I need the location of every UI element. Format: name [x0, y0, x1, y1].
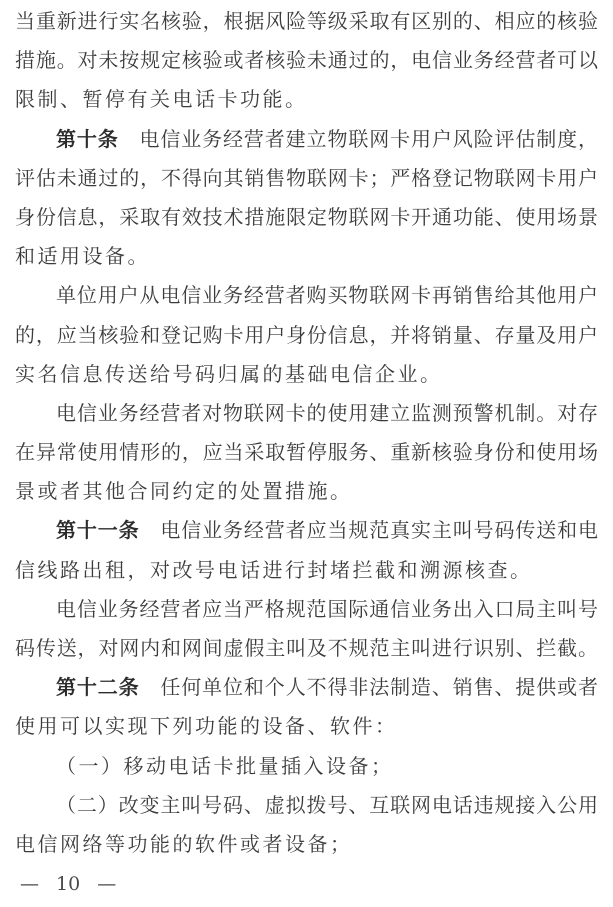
text-line: 电信网络等功能的软件或者设备； — [15, 825, 598, 864]
text-line: 当重新进行实名核验，根据风险等级采取有区别的、相应的核验 — [15, 2, 598, 41]
document-page: 当重新进行实名核验，根据风险等级采取有区别的、相应的核验措施。对未按规定核验或者… — [0, 0, 613, 907]
article-heading-line: 第十一条 电信业务经营者应当规范真实主叫号码传送和电 — [15, 511, 598, 550]
text-line: 限制、暂停有关电话卡功能。 — [15, 80, 598, 119]
text-line: 在异常使用情形的，应当采取暂停服务、重新核验身份和使用场 — [15, 433, 598, 472]
text-line: 措施。对未按规定核验或者核验未通过的，电信业务经营者可以 — [15, 41, 598, 80]
text-line: 和适用设备。 — [15, 237, 598, 276]
text-line: 码传送，对网内和网间虚假主叫及不规范主叫进行识别、拦截。 — [15, 629, 598, 668]
text-line: 实名信息传送给号码归属的基础电信企业。 — [15, 355, 598, 394]
page-footer: — 10 — — [15, 872, 116, 896]
text-line: 信线路出租，对改号电话进行封堵拦截和溯源核查。 — [15, 551, 598, 590]
article-number: 第十一条 — [56, 518, 140, 542]
article-number: 第十条 — [56, 127, 119, 151]
article-heading-line: 第十条 电信业务经营者建立物联网卡用户风险评估制度， — [15, 120, 598, 159]
text-line: 身份信息，采取有效技术措施限定物联网卡开通功能、使用场景 — [15, 198, 598, 237]
article-heading-line: 第十二条 任何单位和个人不得非法制造、销售、提供或者 — [15, 668, 598, 707]
text-line: 的，应当核验和登记购卡用户身份信息，并将销量、存量及用户 — [15, 316, 598, 355]
document-body: 当重新进行实名核验，根据风险等级采取有区别的、相应的核验措施。对未按规定核验或者… — [15, 2, 598, 864]
footer-dash-left: — — [20, 872, 39, 896]
page-number: 10 — [56, 872, 80, 896]
article-number: 第十二条 — [56, 675, 140, 699]
text-line: 评估未通过的，不得向其销售物联网卡；严格登记物联网卡用户 — [15, 159, 598, 198]
text-line: 景或者其他合同约定的处置措施。 — [15, 472, 598, 511]
text-line: （一）移动电话卡批量插入设备； — [15, 747, 598, 786]
text-line: 使用可以实现下列功能的设备、软件： — [15, 707, 598, 746]
text-line: 电信业务经营者对物联网卡的使用建立监测预警机制。对存 — [15, 394, 598, 433]
text-line: （二）改变主叫号码、虚拟拨号、互联网电话违规接入公用 — [15, 786, 598, 825]
text-line: 单位用户从电信业务经营者购买物联网卡再销售给其他用户 — [15, 276, 598, 315]
text-line: 电信业务经营者应当严格规范国际通信业务出入口局主叫号 — [15, 590, 598, 629]
footer-dash-right: — — [97, 872, 116, 896]
